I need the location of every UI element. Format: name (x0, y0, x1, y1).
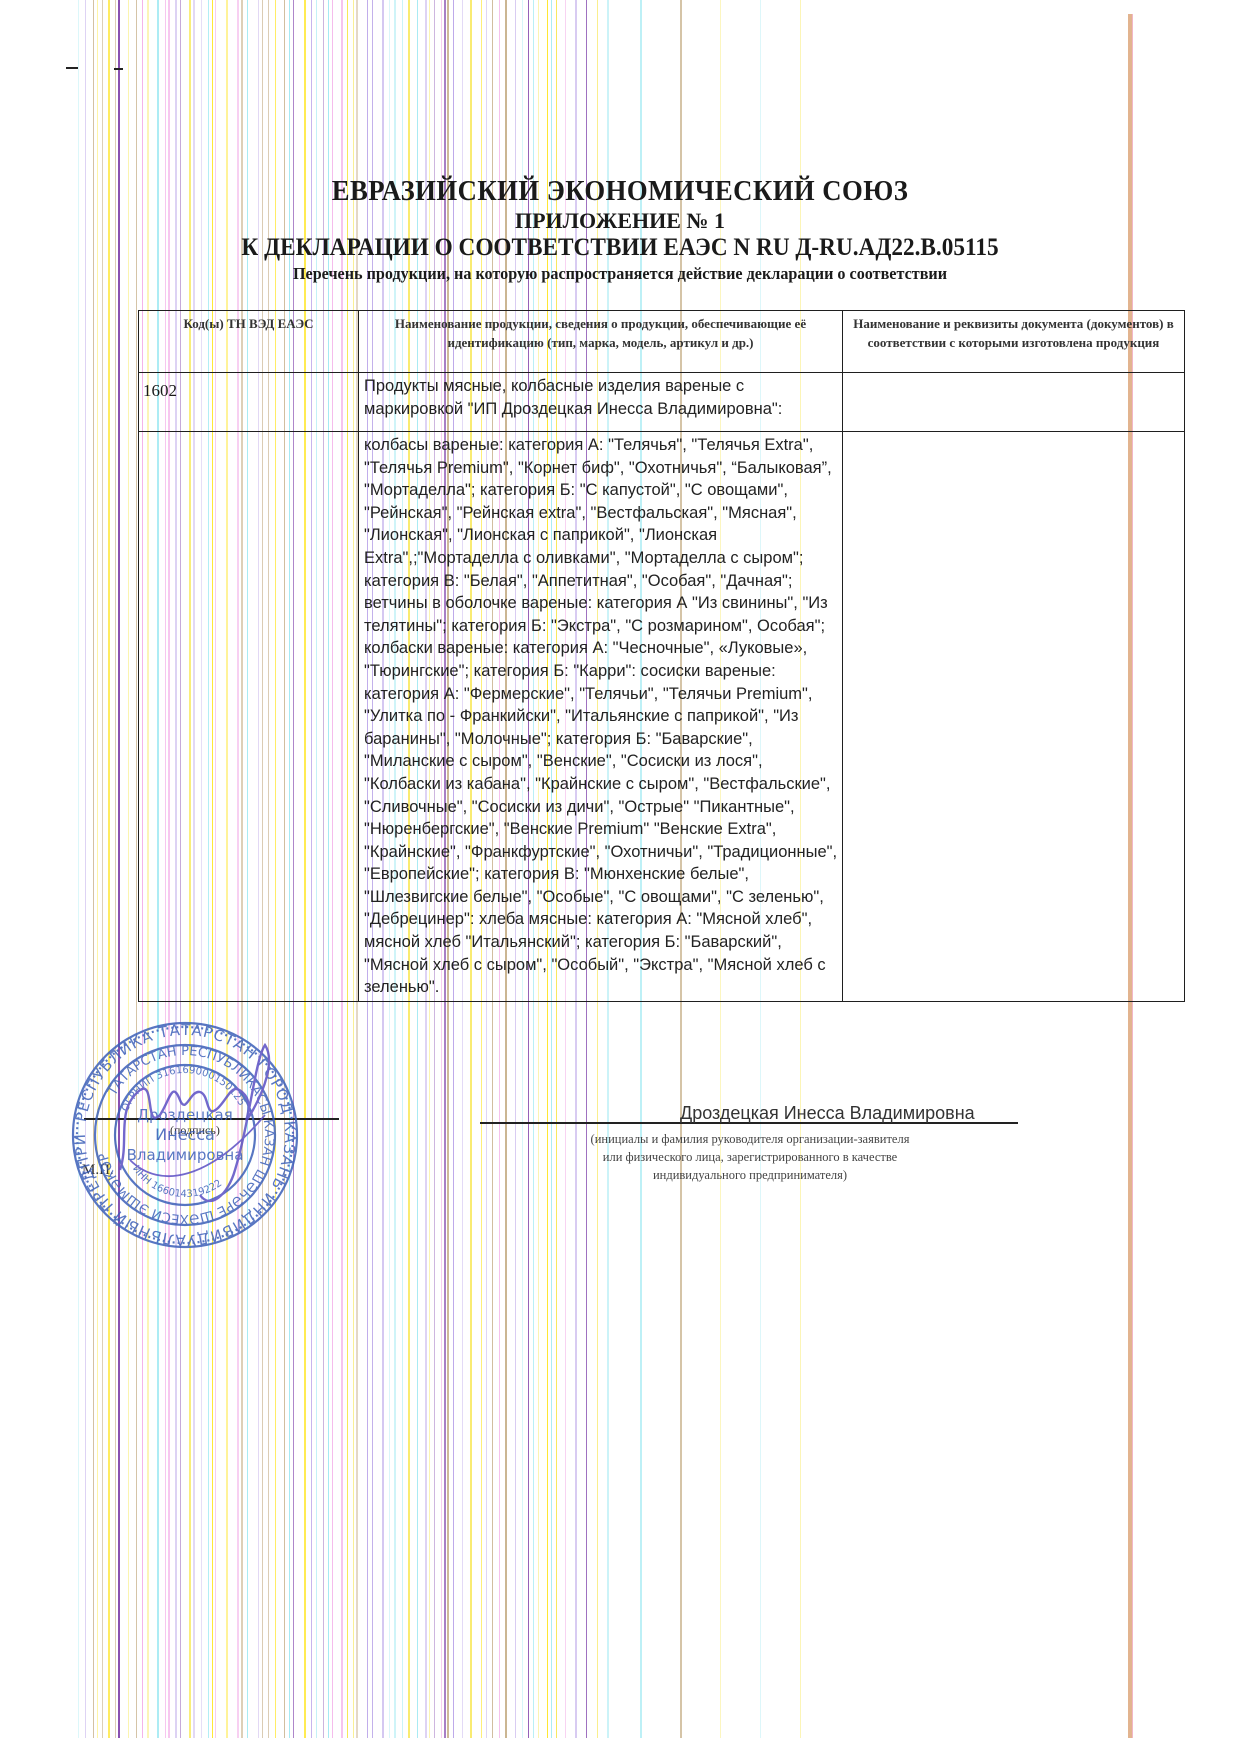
product-table: Код(ы) ТН ВЭД ЕАЭС Наименование продукци… (138, 310, 1185, 1002)
signer-full-name: Дроздецкая Инесса Владимировна (680, 1103, 975, 1124)
round-seal-stamp: РЕСПУБЛИКА ТАТАРСТАН ГОРОД КАЗАНЬ ИНДИВИ… (60, 1020, 310, 1250)
product-name-cell: колбасы вареные: категория А: "Телячья",… (359, 432, 843, 1002)
document-cell (843, 373, 1185, 432)
name-caption-line: (инициалы и фамилия руководителя организ… (520, 1130, 980, 1148)
list-subtitle: Перечень продукции, на которую распростр… (31, 264, 1209, 284)
appendix-title: ПРИЛОЖЕНИЕ № 1 (0, 208, 1240, 234)
svg-text:ИНН 166014319222: ИНН 166014319222 (130, 1164, 224, 1200)
column-header-product: Наименование продукции, сведения о проду… (359, 311, 843, 373)
svg-text:Инесса: Инесса (155, 1125, 215, 1144)
union-title: ЕВРАЗИЙСКИЙ ЭКОНОМИЧЕСКИЙ СОЮЗ (50, 175, 1191, 208)
hs-code-cell (139, 432, 359, 1002)
name-caption-line: или физического лица, зарегистрированног… (520, 1148, 980, 1166)
document-cell (843, 432, 1185, 1002)
declaration-title: К ДЕКЛАРАЦИИ О СООТВЕТСТВИИ ЕАЭС N RU Д-… (43, 234, 1196, 262)
scan-mark (114, 68, 123, 70)
column-header-code: Код(ы) ТН ВЭД ЕАЭС (139, 311, 359, 373)
name-caption-line: индивидуального предпринимателя) (520, 1166, 980, 1184)
table-row: колбасы вареные: категория А: "Телячья",… (139, 432, 1185, 1002)
column-header-document: Наименование и реквизиты документа (доку… (843, 311, 1185, 373)
table-header-row: Код(ы) ТН ВЭД ЕАЭС Наименование продукци… (139, 311, 1185, 373)
hs-code-cell: 1602 (139, 373, 359, 432)
table-row: 1602 Продукты мясные, колбасные изделия … (139, 373, 1185, 432)
name-caption: (инициалы и фамилия руководителя организ… (520, 1130, 980, 1184)
scan-mark (66, 67, 78, 69)
product-name-cell: Продукты мясные, колбасные изделия варен… (359, 373, 843, 432)
svg-text:Владимировна: Владимировна (127, 1146, 244, 1164)
